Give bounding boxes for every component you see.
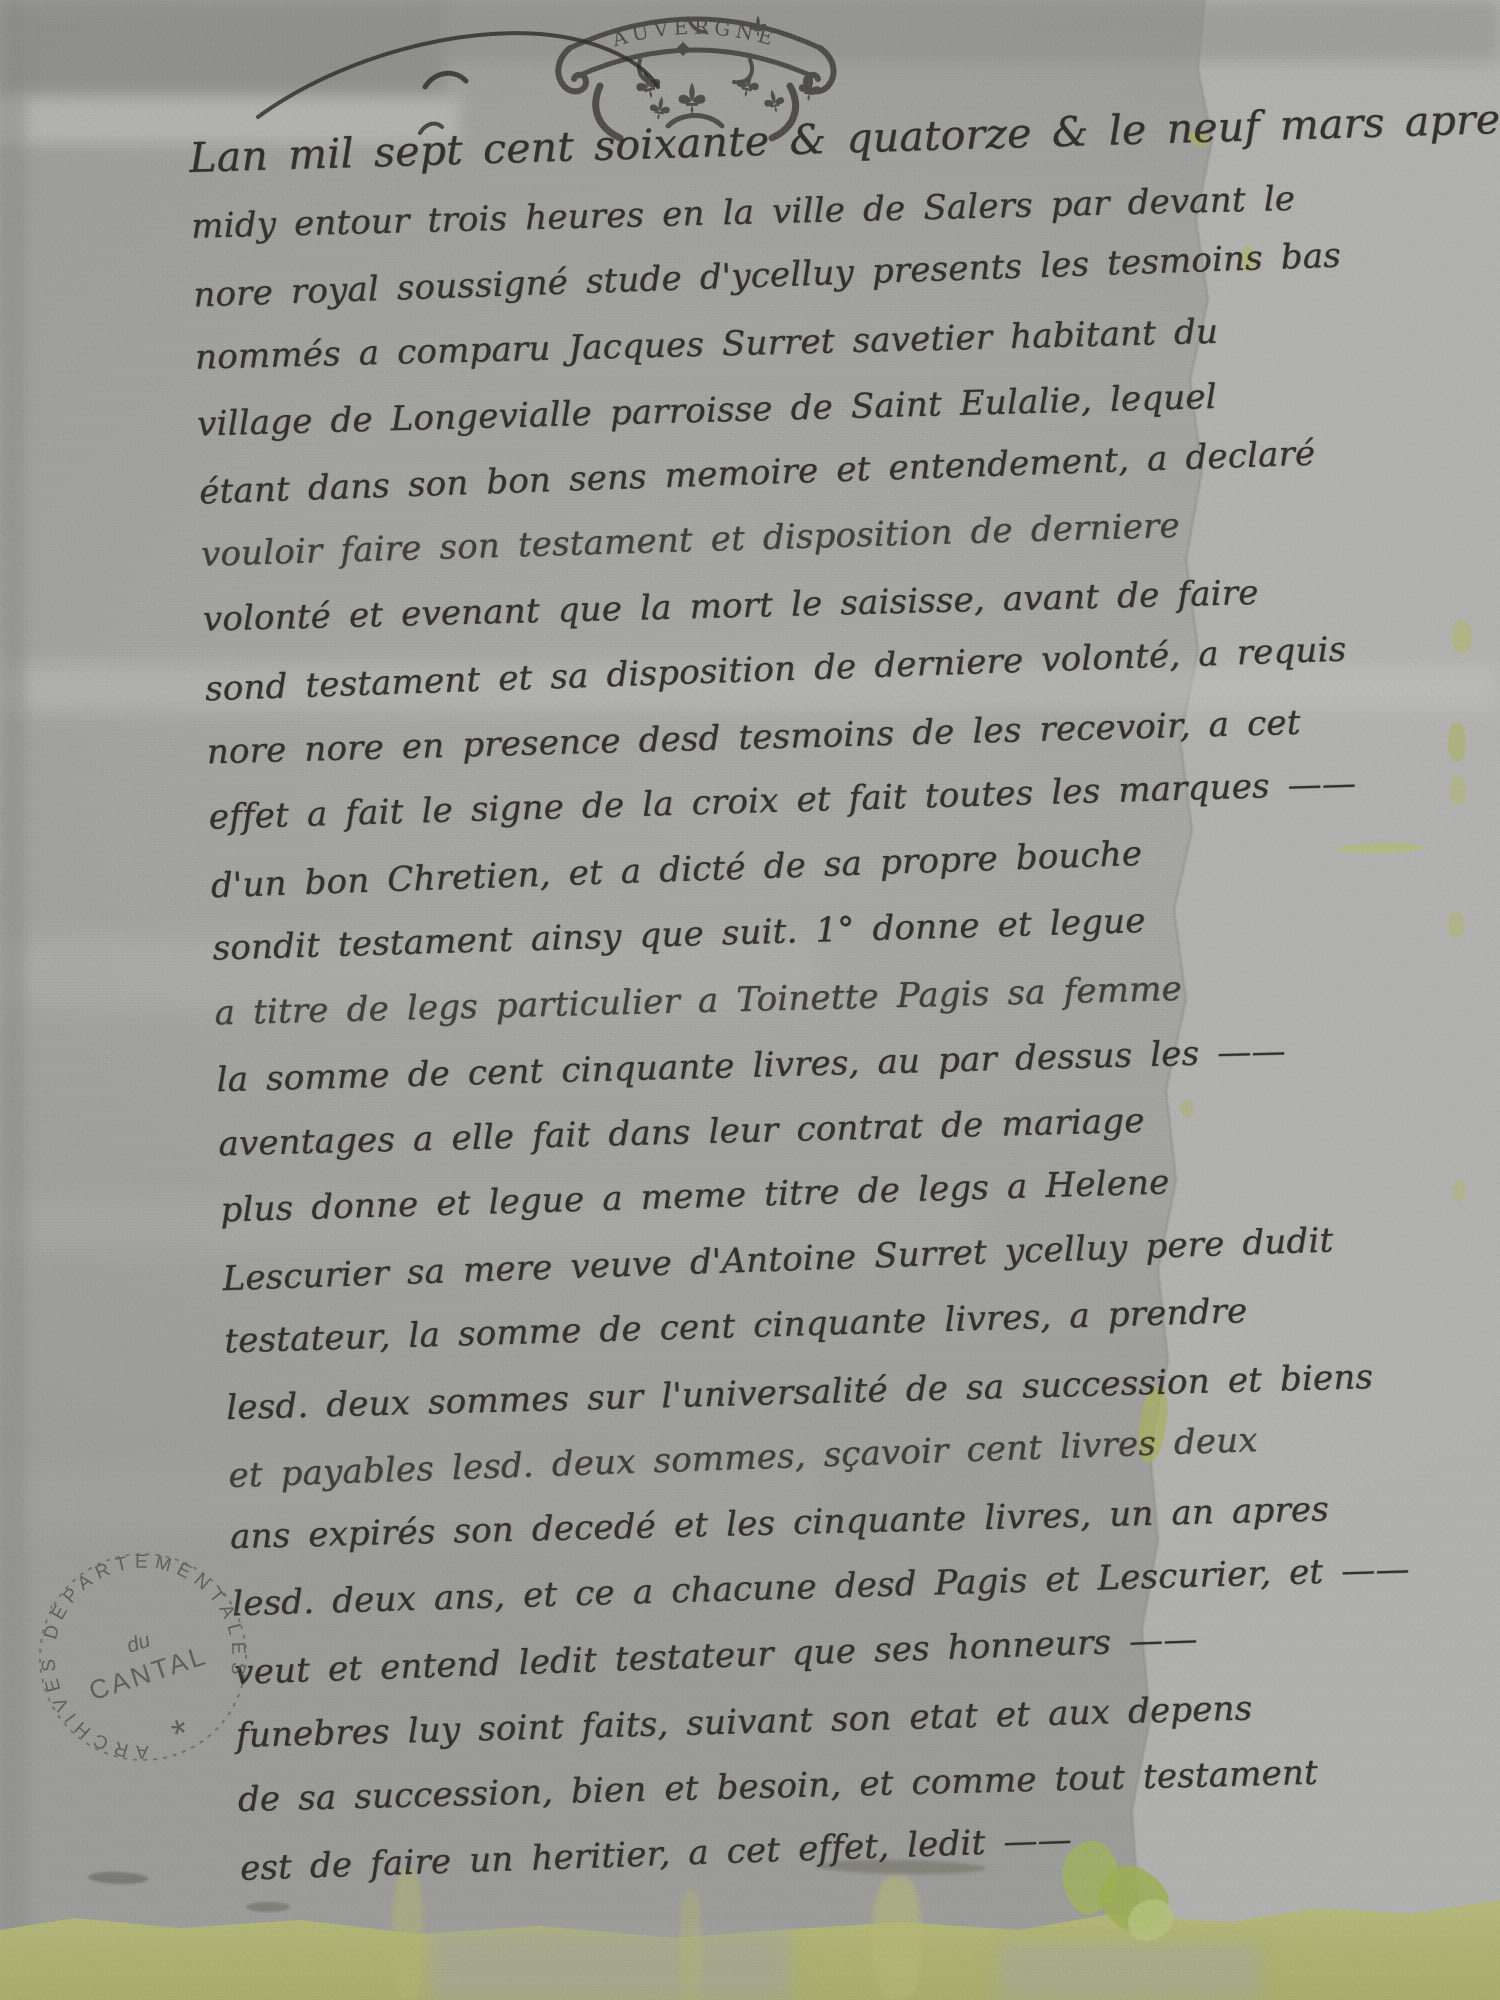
ink-smudge [88,1871,148,1885]
scan-shading [0,0,26,2000]
archive-stamp-du: du [124,1629,154,1658]
ink-smudge [246,1902,290,1912]
manuscript-page: AUVERGNE Lan mil sept cent soixante & qu… [0,0,1500,2000]
stain-streak [873,1876,921,2000]
stain-streak [680,1890,702,2000]
scan-background-strip-gray-patch [430,1930,790,2000]
stain-streak [393,1868,423,2000]
archive-stamp-star: * [166,1711,194,1758]
handwritten-text-block: Lan mil sept cent soixante & quatorze & … [188,86,1250,1886]
